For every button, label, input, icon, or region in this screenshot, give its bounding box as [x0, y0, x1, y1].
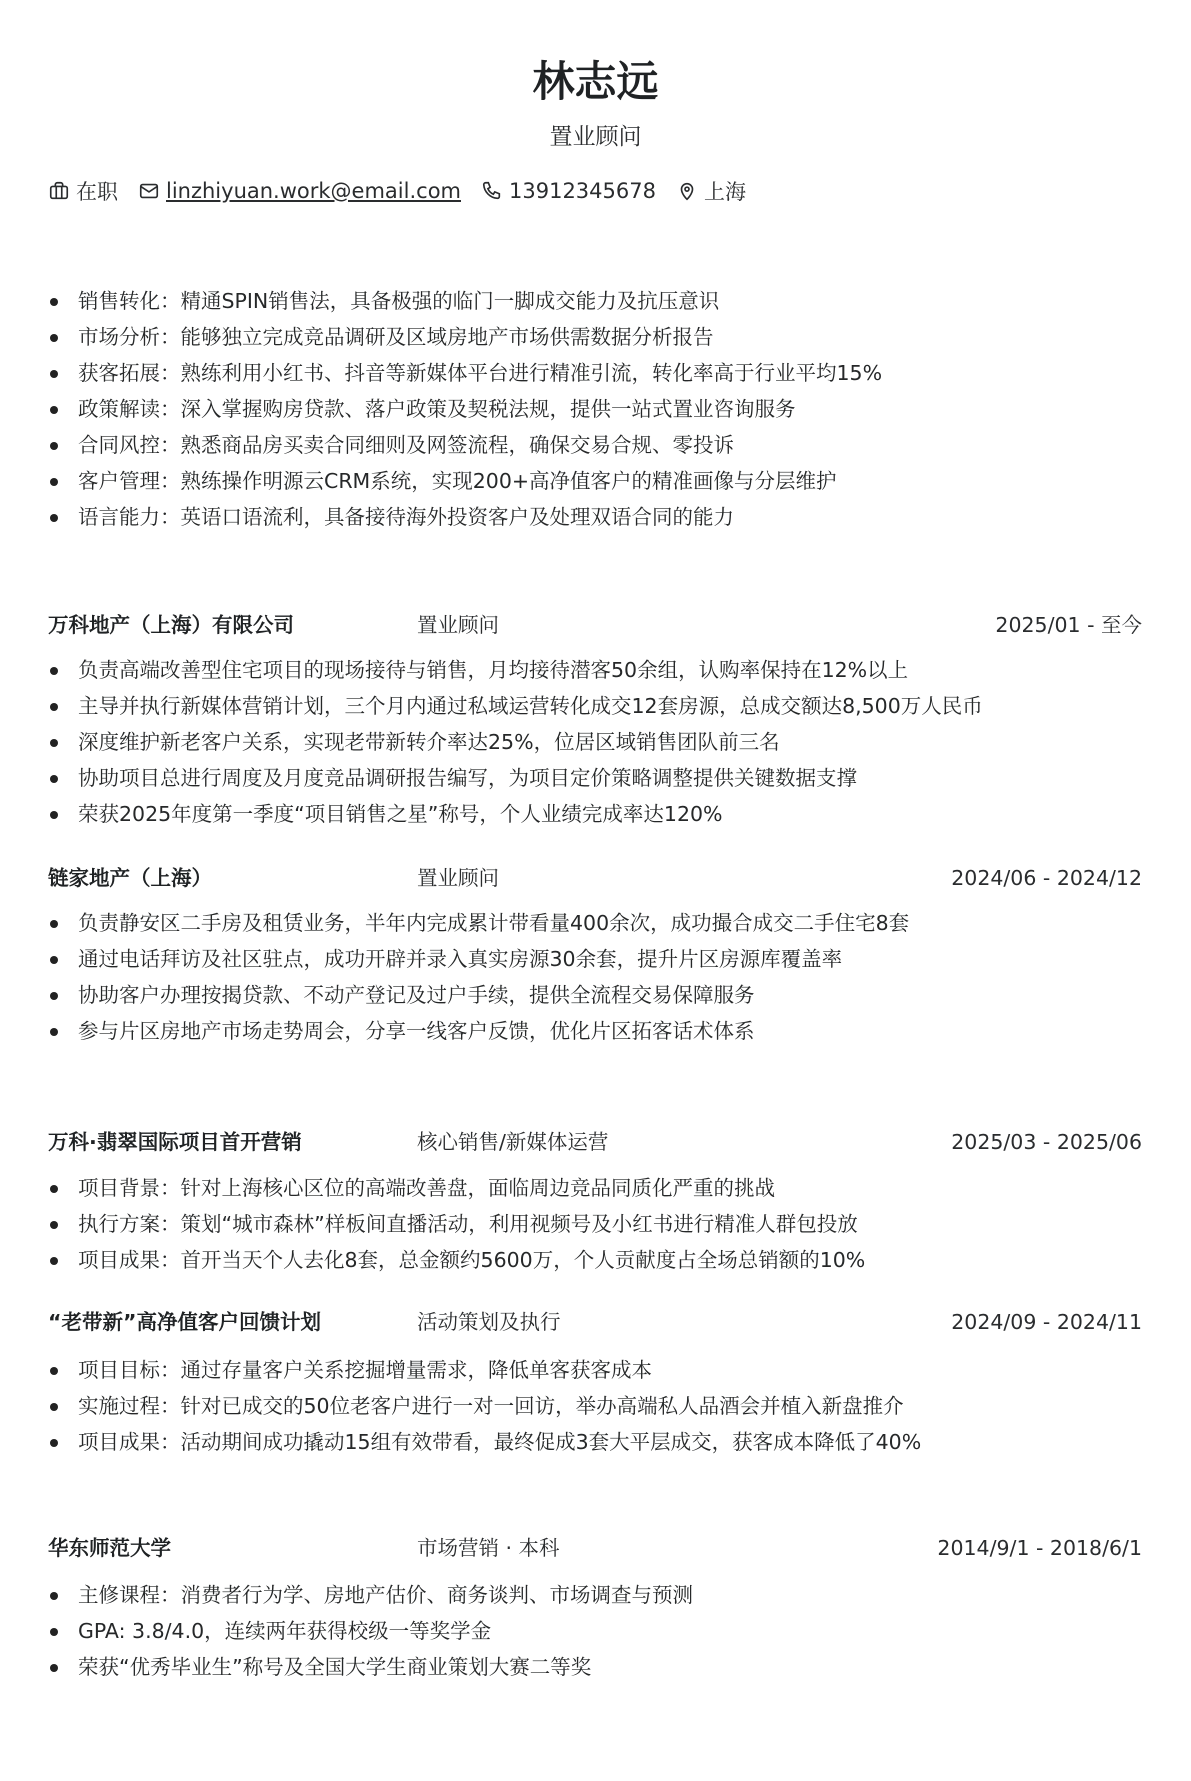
- candidate-title: 置业顾问: [0, 122, 1191, 152]
- education-entry-header: 华东师范大学 市场营销 · 本科 2014/9/1 - 2018/6/1: [48, 1532, 1142, 1564]
- project-bullet: 执行方案：策划“城市森林”样板间直播活动，利用视频号及小红书进行精准人群包投放: [48, 1206, 865, 1242]
- work-bullet: 通过电话拜访及社区驻点，成功开辟并录入真实房源30余套，提升片区房源库覆盖率: [48, 941, 909, 977]
- education-bullets: 主修课程：消费者行为学、房地产估价、商务谈判、市场调查与预测 GPA: 3.8/…: [48, 1577, 693, 1685]
- project-bullets: 项目背景：针对上海核心区位的高端改善盘，面临周边竞品同质化严重的挑战 执行方案：…: [48, 1170, 865, 1278]
- email-link[interactable]: linzhiyuan.work@email.com: [166, 179, 461, 203]
- education-bullet: 荣获“优秀毕业生”称号及全国大学生商业策划大赛二等奖: [48, 1649, 693, 1685]
- job-role: 置业顾问: [417, 609, 499, 641]
- contact-location: 上海: [676, 176, 746, 206]
- education-bullet: 主修课程：消费者行为学、房地产估价、商务谈判、市场调查与预测: [48, 1577, 693, 1613]
- work-bullet: 荣获2025年度第一季度“项目销售之星”称号，个人业绩完成率达120%: [48, 796, 983, 832]
- job-date: 2024/06 - 2024/12: [951, 862, 1142, 894]
- project-bullet: 实施过程：针对已成交的50位老客户进行一对一回访，举办高端私人品酒会并植入新盘推…: [48, 1388, 921, 1424]
- project-bullet: 项目成果：活动期间成功撬动15组有效带看，最终促成3套大平层成交，获客成本降低了…: [48, 1424, 921, 1460]
- work-bullets: 负责高端改善型住宅项目的现场接待与销售，月均接待潜客50余组，认购率保持在12%…: [48, 652, 983, 832]
- skill-item: 政策解读：深入掌握购房贷款、落户政策及契税法规，提供一站式置业咨询服务: [48, 391, 882, 427]
- work-entry-header: 万科地产（上海）有限公司 置业顾问 2025/01 - 至今: [48, 609, 1142, 641]
- skill-item: 语言能力：英语口语流利，具备接待海外投资客户及处理双语合同的能力: [48, 499, 882, 535]
- skill-item: 销售转化：精通SPIN销售法，具备极强的临门一脚成交能力及抗压意识: [48, 283, 882, 319]
- project-name: 万科·翡翠国际项目首开营销: [48, 1126, 302, 1158]
- work-bullet: 协助客户办理按揭贷款、不动产登记及过户手续，提供全流程交易保障服务: [48, 977, 909, 1013]
- education-bullet: GPA: 3.8/4.0，连续两年获得校级一等奖学金: [48, 1613, 693, 1649]
- contact-email: linzhiyuan.work@email.com: [138, 179, 461, 203]
- phone-text: 13912345678: [509, 179, 656, 203]
- phone-icon: [481, 180, 503, 202]
- contact-phone: 13912345678: [481, 179, 656, 203]
- work-bullet: 负责静安区二手房及租赁业务，半年内完成累计带看量400余次，成功撮合成交二手住宅…: [48, 905, 909, 941]
- project-date: 2025/03 - 2025/06: [951, 1126, 1142, 1158]
- skill-item: 市场分析：能够独立完成竞品调研及区域房地产市场供需数据分析报告: [48, 319, 882, 355]
- location-text: 上海: [704, 176, 746, 206]
- project-role: 活动策划及执行: [417, 1306, 561, 1338]
- skill-item: 客户管理：熟练操作明源云CRM系统，实现200+高净值客户的精准画像与分层维护: [48, 463, 882, 499]
- project-role: 核心销售/新媒体运营: [417, 1126, 608, 1158]
- skill-item: 获客拓展：熟练利用小红书、抖音等新媒体平台进行精准引流，转化率高于行业平均15%: [48, 355, 882, 391]
- education-date: 2014/9/1 - 2018/6/1: [937, 1532, 1142, 1564]
- project-date: 2024/09 - 2024/11: [951, 1306, 1142, 1338]
- candidate-name: 林志远: [0, 56, 1191, 108]
- major: 市场营销 · 本科: [417, 1532, 560, 1564]
- work-bullet: 深度维护新老客户关系，实现老带新转介率达25%，位居区域销售团队前三名: [48, 724, 983, 760]
- briefcase-icon: [48, 180, 70, 202]
- mail-icon: [138, 180, 160, 202]
- work-bullet: 参与片区房地产市场走势周会，分享一线客户反馈，优化片区拓客话术体系: [48, 1013, 909, 1049]
- contact-row: 在职 linzhiyuan.work@email.com 13912345678…: [48, 176, 766, 206]
- work-bullet: 负责高端改善型住宅项目的现场接待与销售，月均接待潜客50余组，认购率保持在12%…: [48, 652, 983, 688]
- project-bullet: 项目成果：首开当天个人去化8套，总金额约5600万，个人贡献度占全场总销额的10…: [48, 1242, 865, 1278]
- company-name: 万科地产（上海）有限公司: [48, 609, 294, 641]
- job-date: 2025/01 - 至今: [995, 609, 1142, 641]
- company-name: 链家地产（上海）: [48, 862, 212, 894]
- project-name: “老带新”高净值客户回馈计划: [48, 1306, 321, 1338]
- work-bullet: 协助项目总进行周度及月度竞品调研报告编写，为项目定价策略调整提供关键数据支撑: [48, 760, 983, 796]
- project-entry-header: 万科·翡翠国际项目首开营销 核心销售/新媒体运营 2025/03 - 2025/…: [48, 1126, 1142, 1158]
- status-text: 在职: [76, 176, 118, 206]
- skill-item: 合同风控：熟悉商品房买卖合同细则及网签流程，确保交易合规、零投诉: [48, 427, 882, 463]
- project-bullet: 项目目标：通过存量客户关系挖掘增量需求，降低单客获客成本: [48, 1352, 921, 1388]
- work-entry-header: 链家地产（上海） 置业顾问 2024/06 - 2024/12: [48, 862, 1142, 894]
- project-entry-header: “老带新”高净值客户回馈计划 活动策划及执行 2024/09 - 2024/11: [48, 1306, 1142, 1338]
- work-bullet: 主导并执行新媒体营销计划，三个月内通过私域运营转化成交12套房源，总成交额达8,…: [48, 688, 983, 724]
- work-bullets: 负责静安区二手房及租赁业务，半年内完成累计带看量400余次，成功撮合成交二手住宅…: [48, 905, 909, 1049]
- location-pin-icon: [676, 180, 698, 202]
- project-bullet: 项目背景：针对上海核心区位的高端改善盘，面临周边竞品同质化严重的挑战: [48, 1170, 865, 1206]
- project-bullets: 项目目标：通过存量客户关系挖掘增量需求，降低单客获客成本 实施过程：针对已成交的…: [48, 1352, 921, 1460]
- skills-list: 销售转化：精通SPIN销售法，具备极强的临门一脚成交能力及抗压意识 市场分析：能…: [48, 283, 882, 535]
- job-role: 置业顾问: [417, 862, 499, 894]
- contact-status: 在职: [48, 176, 118, 206]
- school-name: 华东师范大学: [48, 1532, 171, 1564]
